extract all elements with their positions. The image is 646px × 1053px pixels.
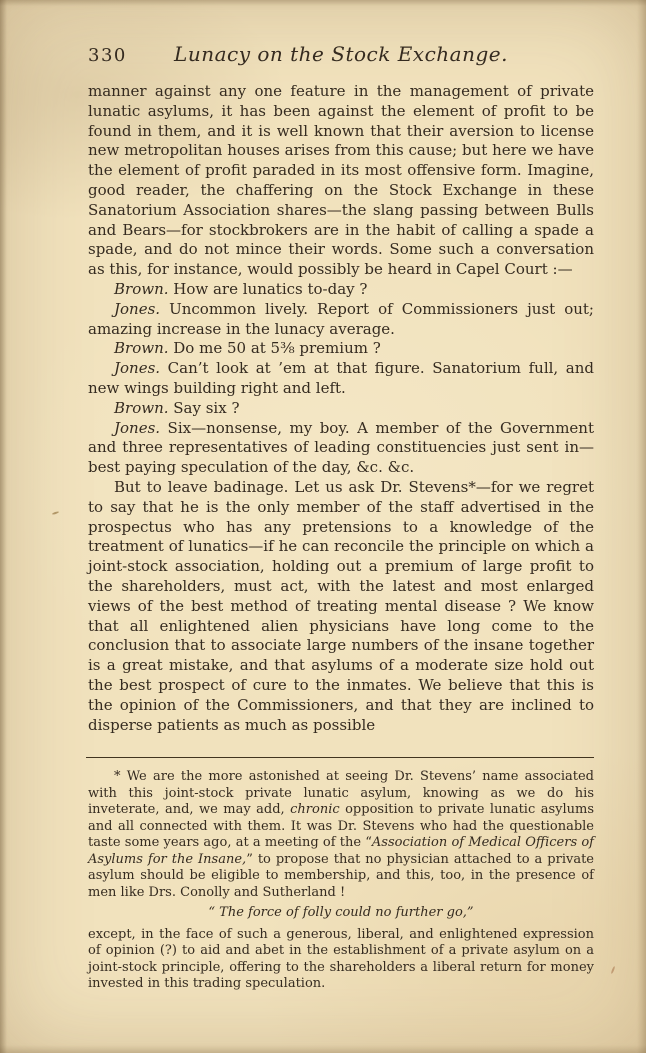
footnote-text: * We are the more astonished at seeing D… [88,769,594,993]
italic-text-run: Brown. [114,399,169,417]
ink-speck [52,511,59,515]
text-run: Do me 50 at 5⅜ premium ? [169,339,381,357]
text-run: Uncommon lively. Report of Commissioners… [88,300,594,338]
book-page: 330 Lunacy on the Stock Exchange. manner… [0,0,646,1053]
page-number: 330 [88,45,127,66]
italic-text-run: Brown. [114,339,169,357]
running-title: Lunacy on the Stock Exchange. [88,42,594,66]
body-paragraph: Jones. Uncommon lively. Report of Commis… [88,300,594,340]
text-run: Six—nonsense, my boy. A member of the Go… [88,419,594,477]
footnote-paragraph: “ The force of folly could no further go… [88,905,594,922]
body-paragraph: Jones. Can’t look at ’em at that figure.… [88,359,594,399]
footnote-divider [86,757,594,758]
text-run: manner against any one feature in the ma… [88,82,594,278]
text-run: Can’t look at ’em at that figure. Sanato… [88,359,594,397]
italic-text-run: Brown. [114,280,169,298]
body-paragraph: manner against any one feature in the ma… [88,82,594,280]
ink-speck [611,966,616,974]
text-run: Say six ? [169,399,240,417]
footnote-paragraph: * We are the more astonished at seeing D… [88,769,594,901]
italic-text-run: Jones. [114,300,160,318]
text-run: How are lunatics to-day ? [169,280,368,298]
body-paragraph: Jones. Six—nonsense, my boy. A member of… [88,419,594,478]
body-paragraph: Brown. Say six ? [88,399,594,419]
body-paragraph: But to leave badinage. Let us ask Dr. St… [88,478,594,735]
italic-text-run: “ The force of folly could no further go… [208,905,473,920]
text-run: except, in the face of such a generous, … [88,927,594,992]
body-text: manner against any one feature in the ma… [88,82,594,735]
body-paragraph: Brown. Do me 50 at 5⅜ premium ? [88,339,594,359]
text-run: But to leave badinage. Let us ask Dr. St… [88,478,594,734]
footnote-paragraph: except, in the face of such a generous, … [88,927,594,993]
italic-text-run: Jones. [114,359,160,377]
page-header: 330 Lunacy on the Stock Exchange. [88,42,594,72]
italic-text-run: chronic [290,802,340,817]
italic-text-run: Jones. [114,419,160,437]
body-paragraph: Brown. How are lunatics to-day ? [88,280,594,300]
